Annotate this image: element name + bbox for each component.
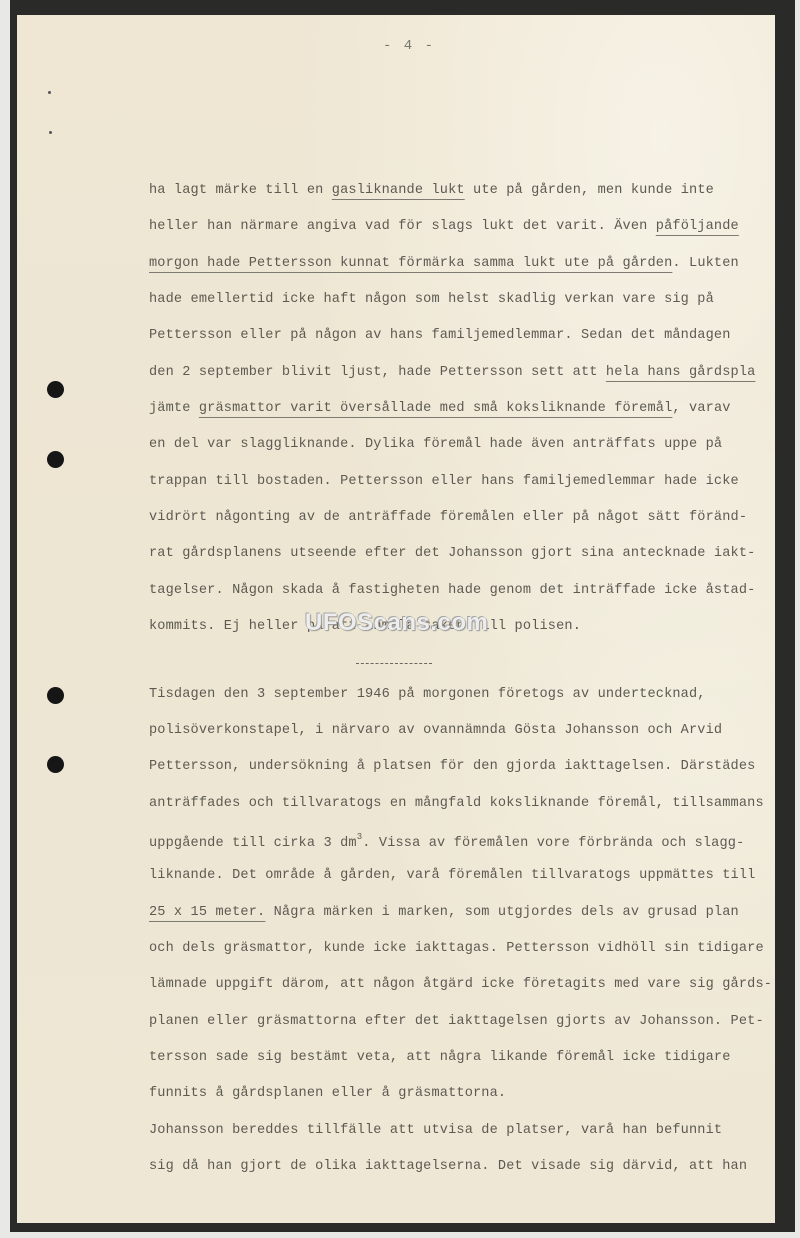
text-line: heller han närmare angiva vad för slags …: [149, 219, 739, 234]
text-line: hade emellertid icke haft någon som hels…: [149, 292, 714, 307]
underlined-text: påföljande: [656, 219, 739, 234]
text-segment: Johansson bereddes tillfälle att utvisa …: [149, 1123, 722, 1138]
text-segment: polisöverkonstapel, i närvaro av ovannäm…: [149, 723, 722, 738]
text-segment: sig då han gjort de olika iakttagelserna…: [149, 1159, 747, 1174]
text-line: ha lagt märke till en gasliknande lukt u…: [149, 183, 714, 198]
punch-hole: [47, 381, 64, 398]
text-line: Johansson bereddes tillfälle att utvisa …: [149, 1123, 722, 1138]
text-segment: trappan till bostaden. Pettersson eller …: [149, 474, 739, 489]
margin-mark: [49, 131, 52, 134]
text-segment: rat gårdsplanens utseende efter det Joha…: [149, 546, 755, 561]
text-line: liknande. Det område å gården, varå före…: [149, 868, 755, 883]
text-line: vidrört någonting av de anträffade förem…: [149, 510, 747, 525]
text-line: lämnade uppgift därom, att någon åtgärd …: [149, 977, 772, 992]
underlined-text: gräsmattor varit översållade med små kok…: [199, 401, 673, 416]
text-segment: liknande. Det område å gården, varå före…: [149, 868, 755, 883]
section-separator: [356, 663, 432, 664]
text-line: funnits å gårdsplanen eller å gräsmattor…: [149, 1086, 506, 1101]
text-line: tersson sade sig bestämt veta, att några…: [149, 1050, 731, 1065]
text-line: morgon hade Pettersson kunnat förmärka s…: [149, 256, 739, 271]
underlined-text: 25 x 15 meter.: [149, 905, 265, 920]
text-segment: anträffades och tillvaratogs en mångfald…: [149, 796, 764, 811]
text-line: trappan till bostaden. Pettersson eller …: [149, 474, 739, 489]
underlined-text: gasliknande lukt: [332, 183, 465, 198]
text-line: planen eller gräsmattorna efter det iakt…: [149, 1014, 764, 1029]
text-line: jämte gräsmattor varit översållade med s…: [149, 401, 731, 416]
text-segment: funnits å gårdsplanen eller å gräsmattor…: [149, 1086, 506, 1101]
text-segment: den 2 september blivit ljust, hade Pette…: [149, 365, 606, 380]
text-segment: vidrört någonting av de anträffade förem…: [149, 510, 747, 525]
text-segment: planen eller gräsmattorna efter det iakt…: [149, 1014, 764, 1029]
underlined-text: morgon hade Pettersson kunnat förmärka s…: [149, 256, 672, 271]
text-segment: och dels gräsmattor, kunde icke iakttaga…: [149, 941, 764, 956]
text-segment: en del var slaggliknande. Dylika föremål…: [149, 437, 722, 452]
text-line: tagelser. Någon skada å fastigheten hade…: [149, 583, 755, 598]
underlined-text: hela hans gårdspla: [606, 365, 756, 380]
text-segment: ha lagt märke till en: [149, 183, 332, 198]
text-segment: . Vissa av föremålen vore förbrända och …: [362, 836, 744, 851]
text-segment: hade emellertid icke haft någon som hels…: [149, 292, 714, 307]
text-line: anträffades och tillvaratogs en mångfald…: [149, 796, 764, 811]
text-line: uppgående till cirka 3 dm3. Vissa av för…: [149, 832, 744, 851]
text-line: den 2 september blivit ljust, hade Pette…: [149, 365, 755, 380]
text-segment: Tisdagen den 3 september 1946 på morgone…: [149, 687, 706, 702]
text-segment: . Lukten: [672, 256, 738, 271]
watermark: UFOScans.com: [305, 609, 488, 637]
punch-hole: [47, 756, 64, 773]
margin-mark: [48, 91, 51, 94]
punch-hole: [47, 451, 64, 468]
text-segment: kommits. Ej heller: [149, 619, 307, 634]
text-line: en del var slaggliknande. Dylika föremål…: [149, 437, 722, 452]
text-segment: lämnade uppgift därom, att någon åtgärd …: [149, 977, 772, 992]
text-line: Pettersson, undersökning å platsen för d…: [149, 759, 755, 774]
text-segment: Pettersson, undersökning å platsen för d…: [149, 759, 755, 774]
text-line: och dels gräsmattor, kunde icke iakttaga…: [149, 941, 764, 956]
text-segment: uppgående till cirka 3 dm: [149, 836, 357, 851]
text-segment: tagelser. Någon skada å fastigheten hade…: [149, 583, 755, 598]
text-segment: ute på gården, men kunde inte: [465, 183, 714, 198]
text-segment: Pettersson eller på någon av hans familj…: [149, 328, 731, 343]
text-line: polisöverkonstapel, i närvaro av ovannäm…: [149, 723, 722, 738]
page-number: - 4 -: [383, 38, 435, 54]
text-segment: tersson sade sig bestämt veta, att några…: [149, 1050, 731, 1065]
text-line: rat gårdsplanens utseende efter det Joha…: [149, 546, 755, 561]
text-line: Pettersson eller på någon av hans familj…: [149, 328, 731, 343]
text-segment: jämte: [149, 401, 199, 416]
text-line: sig då han gjort de olika iakttagelserna…: [149, 1159, 747, 1174]
punch-hole: [47, 687, 64, 704]
text-segment: , varav: [672, 401, 730, 416]
text-segment: heller han närmare angiva vad för slags …: [149, 219, 656, 234]
text-line: 25 x 15 meter. Några märken i marken, so…: [149, 905, 739, 920]
text-segment: Några märken i marken, som utgjordes del…: [265, 905, 739, 920]
text-line: Tisdagen den 3 september 1946 på morgone…: [149, 687, 706, 702]
